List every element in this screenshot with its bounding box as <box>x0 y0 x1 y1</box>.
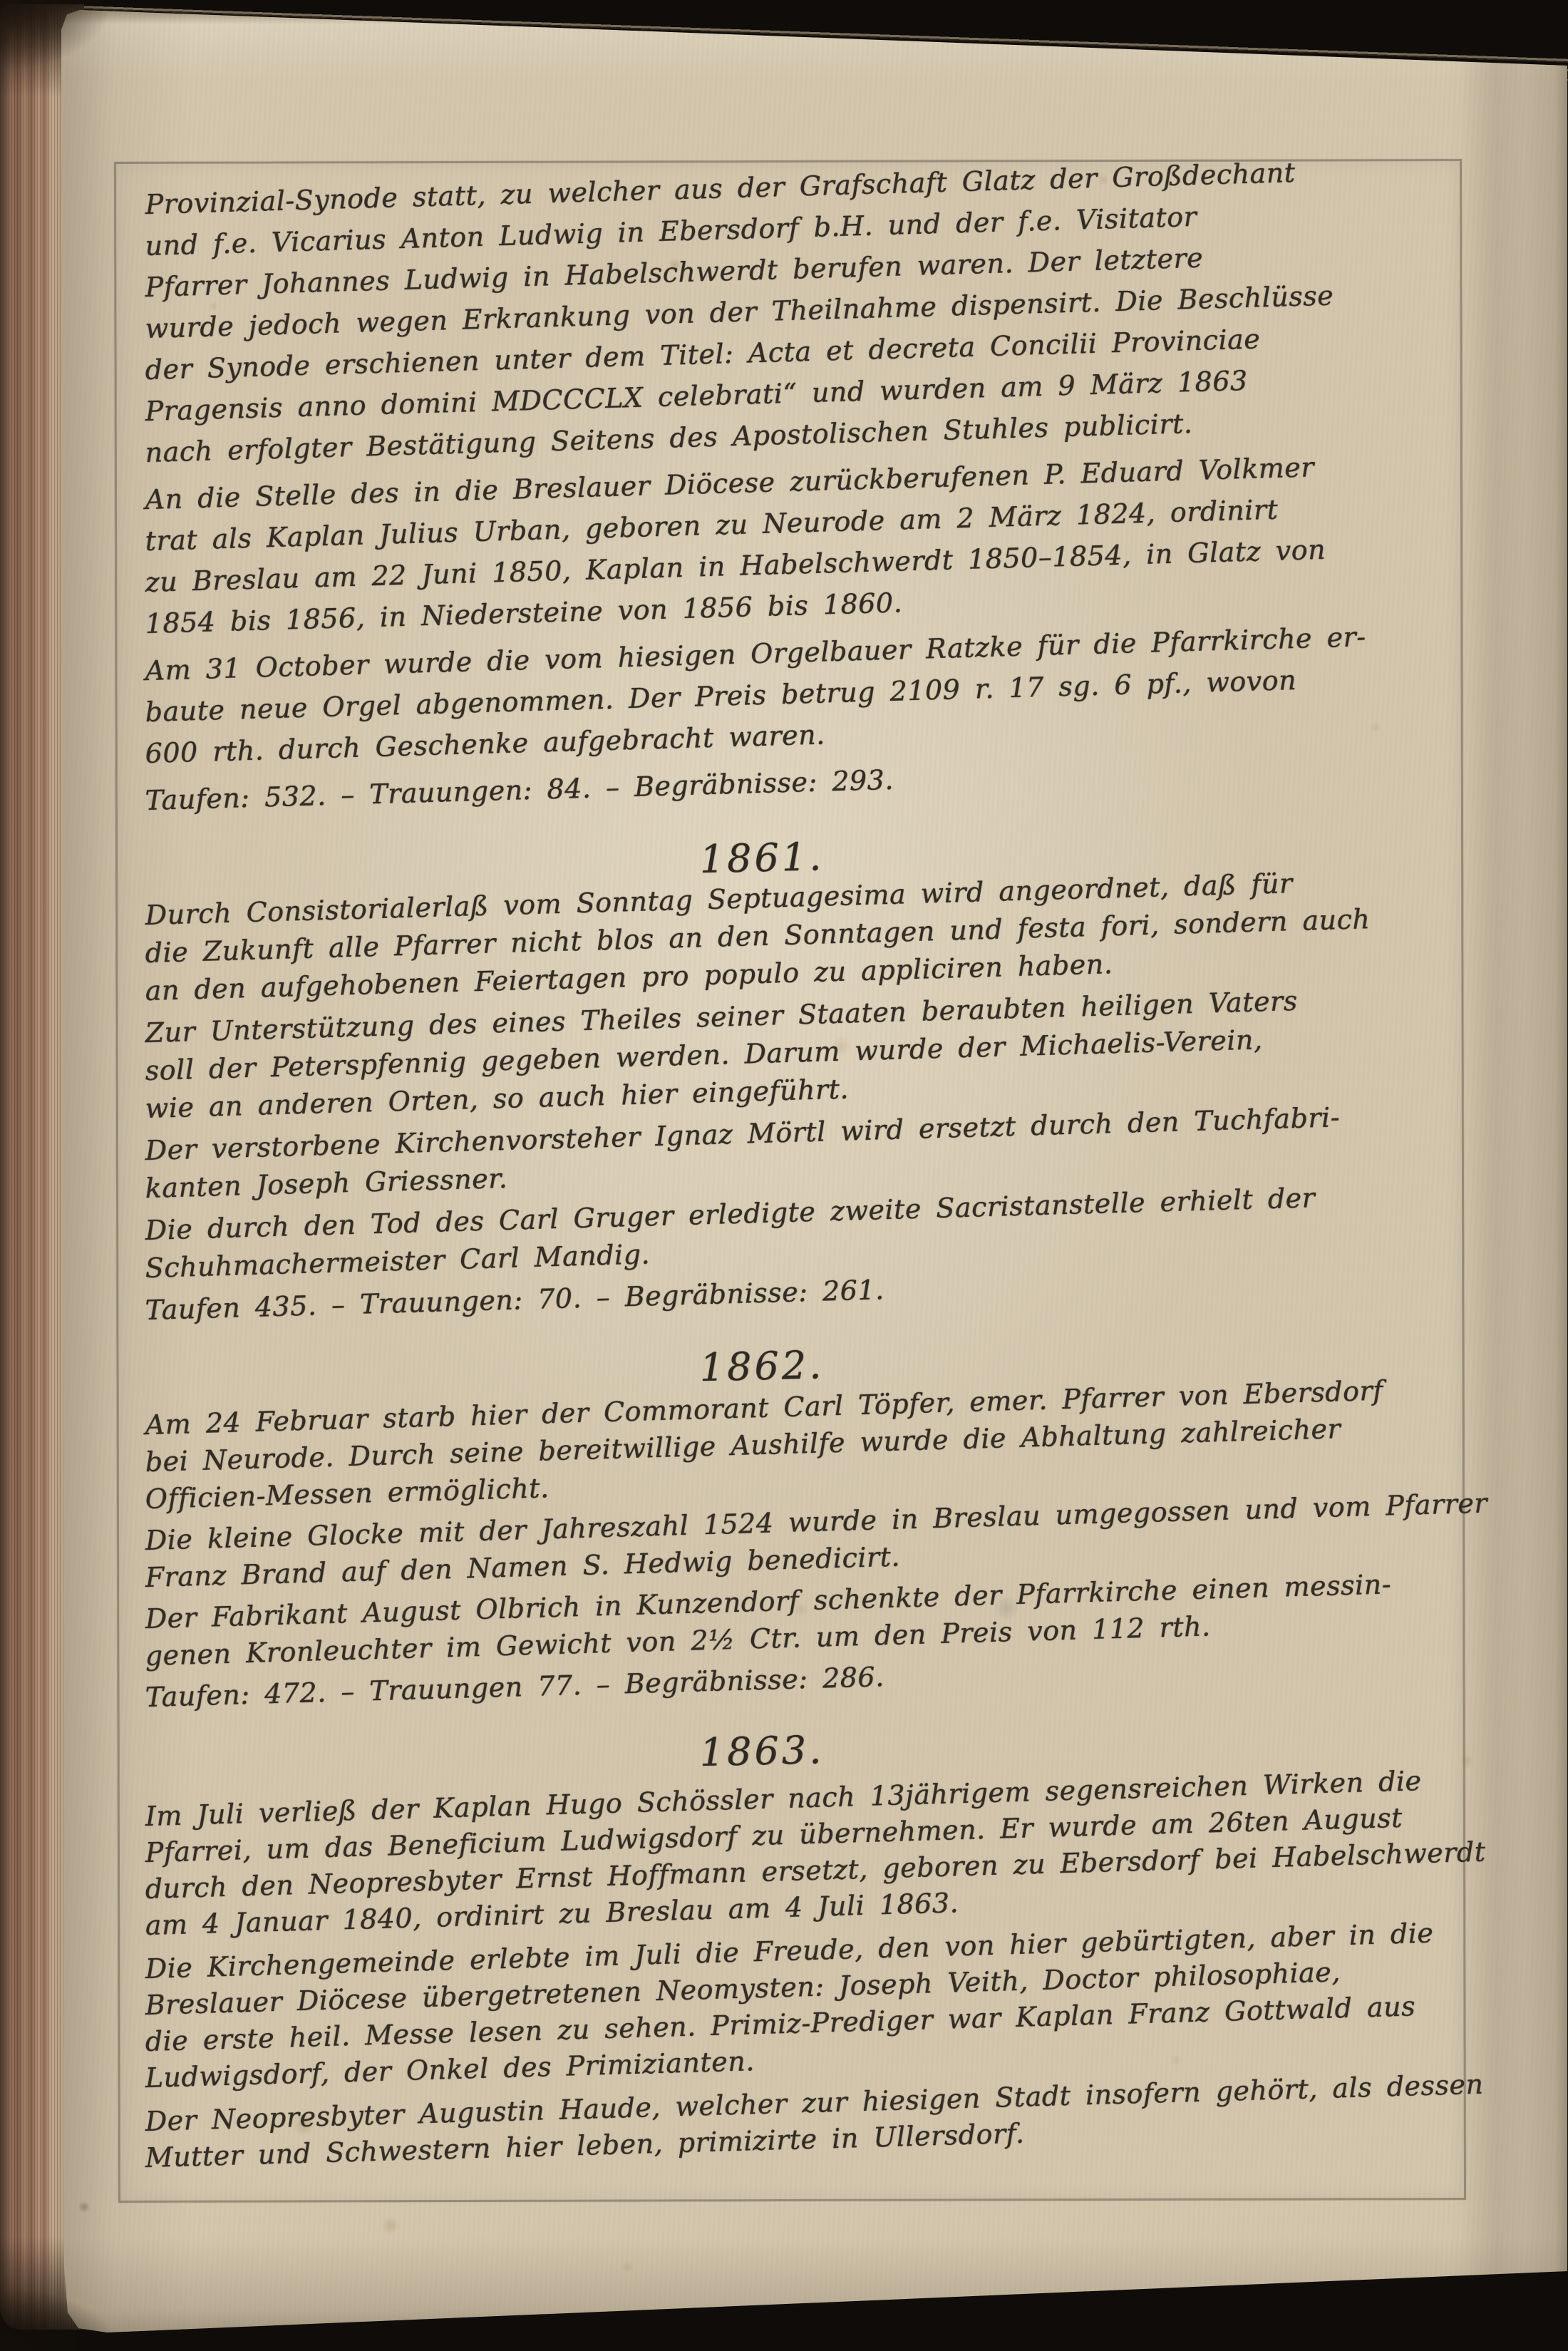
paragraph: Taufen: 532. – Trauungen: 84. – Begräbni… <box>145 780 1378 821</box>
paragraph: Der Neopresbyter Augustin Haude, welcher… <box>145 2104 1378 2176</box>
chronicle-section-1862: 1862. Am 24 Februar starb hier der Commo… <box>145 1341 1378 1716</box>
book-photo: Provinzial-Synode statt, zu welcher aus … <box>0 0 1568 2351</box>
paragraph: Provinzial-Synode statt, zu welcher aus … <box>145 184 1378 473</box>
chronicle-section-1860: Provinzial-Synode statt, zu welcher aus … <box>145 184 1378 821</box>
chronicle-section-1861: 1861. Durch Consistorialerlaß vom Sonnta… <box>145 833 1378 1329</box>
paragraph: An die Stelle des in die Breslauer Diöce… <box>145 479 1378 644</box>
manuscript-text: Provinzial-Synode statt, zu welcher aus … <box>145 184 1378 2183</box>
paragraph: Taufen: 472. – Trauungen 77. – Begräbnis… <box>145 1679 1378 1716</box>
binding-shadow-top-left <box>0 0 114 71</box>
binding-shadow-bottom-left <box>0 2287 121 2351</box>
paragraph: Taufen 435. – Trauungen: 70. – Begräbnis… <box>145 1292 1378 1329</box>
manuscript-page: Provinzial-Synode statt, zu welcher aus … <box>0 0 1568 2351</box>
chronicle-section-1863: 1863. Im Juli verließ der Kaplan Hugo Sc… <box>145 1726 1378 2176</box>
